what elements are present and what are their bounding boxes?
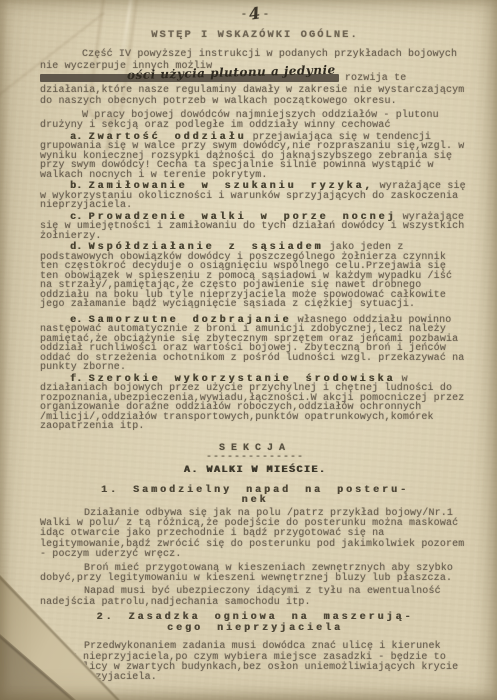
subsection-1-heading: 1. Samodzielny napad na posteru- nek	[40, 486, 470, 507]
redaction-strip: ości użycia plutonu a jedynie	[40, 72, 339, 82]
page-number: -4-	[40, 6, 470, 23]
subsection-2-paragraph-1: Przedwykonaniem zadania musi dowódca zna…	[40, 642, 470, 684]
list-item-c: c. Prowadzenie walki w porze nocnej wyra…	[40, 213, 470, 242]
subsection-2-heading-line2: cego nieprzyjaciela	[40, 624, 470, 635]
item-e-text: własnego oddziału powinno następować aut…	[40, 315, 464, 374]
list-item-b: b. Zamiłowanie w szukaniu ryzyka, wyraża…	[40, 182, 470, 211]
scanned-document-page: -4- WSTĘP I WSKAZÓWKI OGÓLNE. Część IV p…	[0, 0, 497, 700]
subsection-1-paragraph-3: Napad musi być ubezpieczony idącymi z ty…	[40, 587, 470, 608]
handwritten-page-numeral: 4	[248, 5, 261, 22]
page-number-dash-right: -	[263, 9, 270, 21]
list-item-d: d. Współdziałanie z sąsiadem jako jeden …	[40, 243, 470, 310]
document-title: WSTĘP I WSKAZÓWKI OGÓLNE.	[40, 29, 470, 41]
item-f-text: w działaniach bojowych przez użycie przy…	[40, 374, 464, 433]
subsection-1-paragraph-1: Działanie odbywa się jak na polu /patrz …	[40, 509, 470, 561]
intro-paragraph-2: W pracy bojowej dowódców najmniejszych o…	[40, 111, 470, 131]
intro-paragraph-1: Część IV powyższej instrukcji w podanych…	[40, 49, 470, 108]
list-item-a: a. Zwartość oddziału przejawiająca się w…	[40, 133, 470, 181]
document-content: -4- WSTĘP I WSKAZÓWKI OGÓLNE. Część IV p…	[40, 6, 470, 684]
list-item-f: f. Szerokie wykorzystanie środowiska w d…	[40, 375, 470, 432]
item-d-text: jako jeden z podstawowych obowiązków dow…	[40, 242, 452, 310]
page-number-dash-left: -	[241, 9, 248, 21]
section-title-underline: --------------	[40, 454, 470, 462]
subsection-1-paragraph-2: Broń mieć przygotowaną w kieszeniach zew…	[40, 564, 470, 585]
subsection-1-heading-line2: nek	[40, 496, 470, 507]
list-item-e: e. Samorzutne dozbrajanie własnego oddzi…	[40, 316, 470, 373]
section-heading-block: SEKCJA -------------- A. WALKI W MIEŚCIE…	[40, 444, 470, 476]
section-subtitle: A. WALKI W MIEŚCIE.	[40, 465, 470, 476]
subsection-2-heading: 2. Zasadzka ogniowa na maszerują- cego n…	[40, 613, 470, 634]
